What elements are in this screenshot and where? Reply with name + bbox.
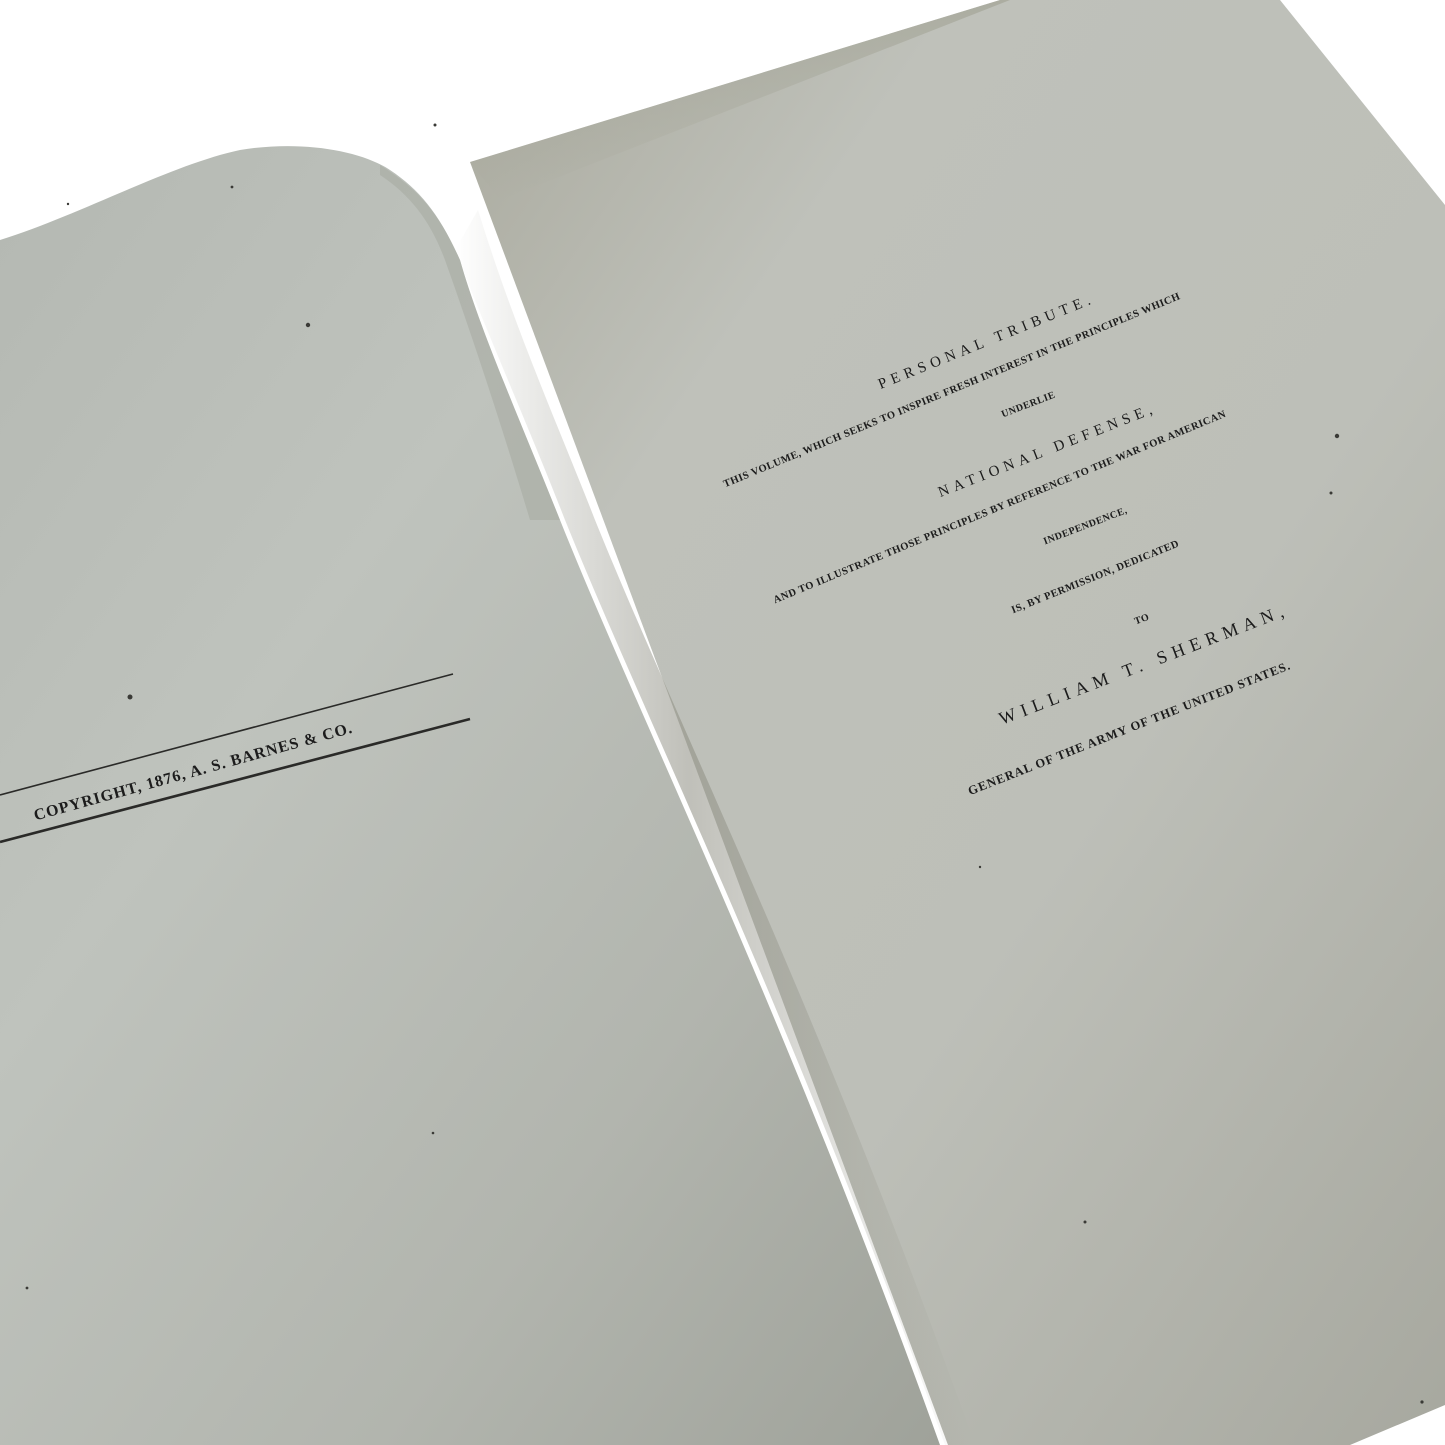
book-photo xyxy=(0,0,1445,1445)
